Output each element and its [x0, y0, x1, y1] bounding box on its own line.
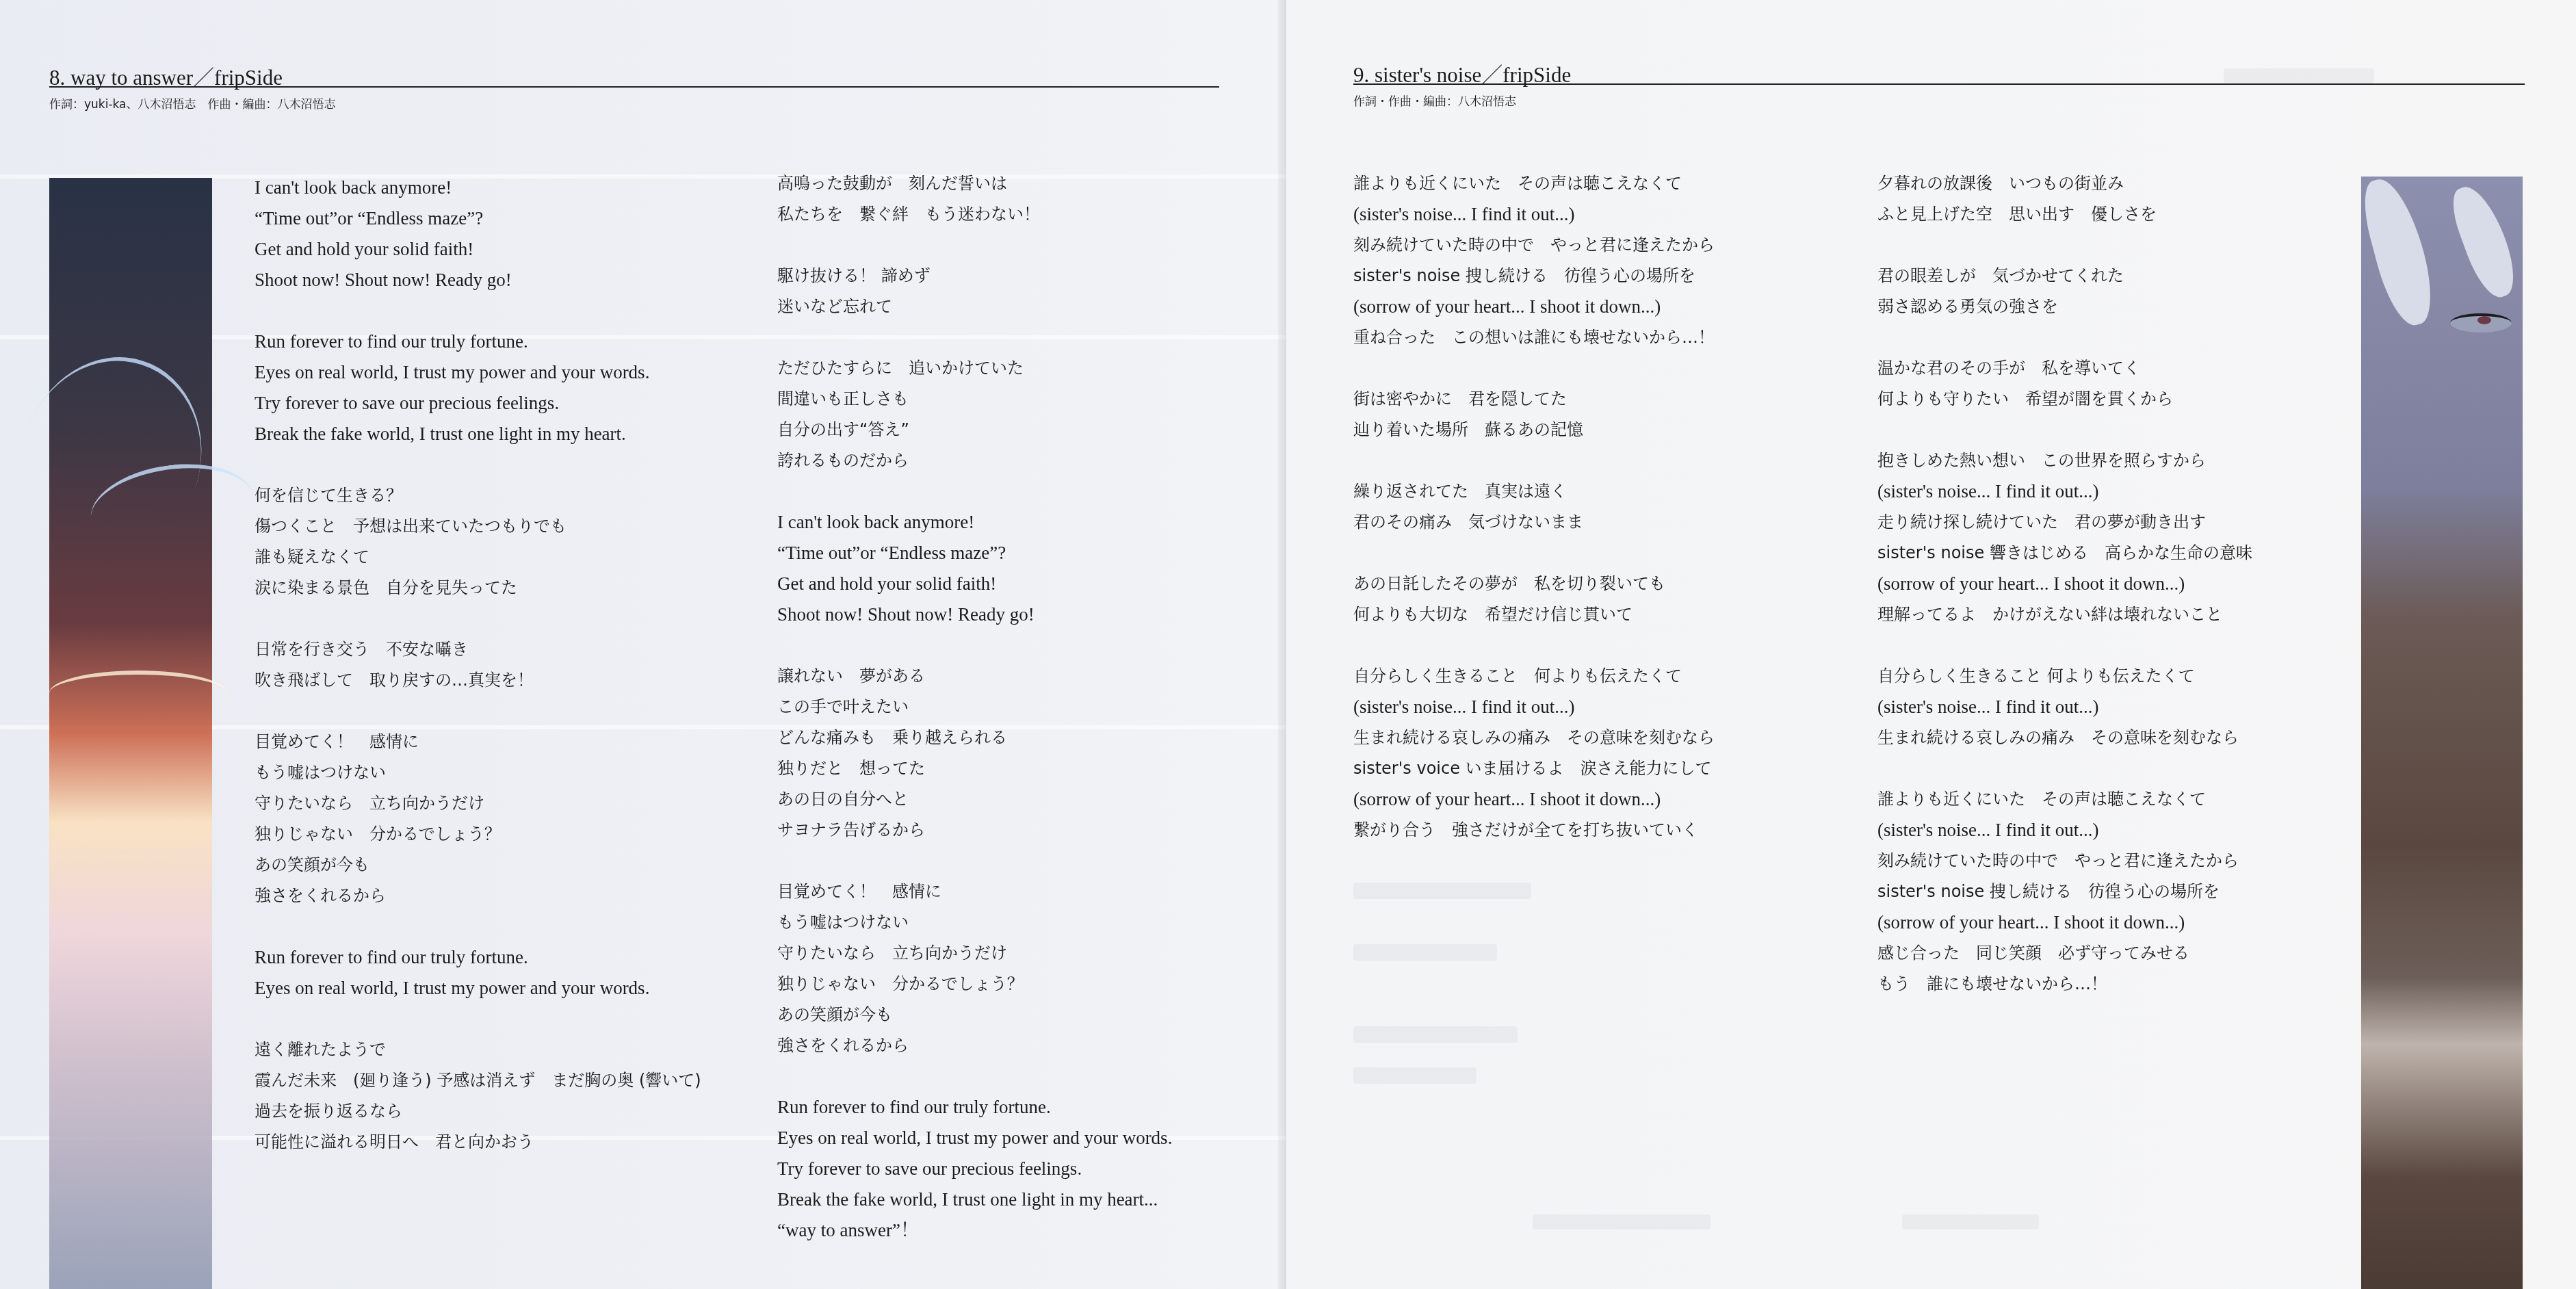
lyric-line: 迷いなど忘れて [777, 291, 1172, 322]
lyric-stanza: Run forever to find our truly fortune.Ey… [777, 1092, 1172, 1246]
lyric-line: (sister's noise... I find it out...) [1353, 199, 1715, 230]
song-title: 9. sister's noise／fripSide [1353, 63, 2525, 88]
anime-artwork-left [49, 178, 212, 1289]
lyric-line: Run forever to find our truly fortune. [255, 942, 701, 973]
lyric-line: 抱きしめた熱い想い この世界を照らすから [1877, 445, 2252, 476]
lyric-line: 高鳴った鼓動が 刻んだ誓いは [777, 168, 1172, 199]
lyric-line: どんな痛みも 乗り越えられる [777, 722, 1172, 753]
lyric-line: Break the fake world, I trust one light … [777, 1184, 1172, 1215]
lyric-line: 駆け抜ける！ 諦めず [777, 261, 1172, 291]
lyric-line: 君のその痛み 気づけないまま [1353, 507, 1715, 538]
lyric-line: 君の眼差しが 気づかせてくれた [1877, 261, 2252, 291]
lyrics-column-2: 高鳴った鼓動が 刻んだ誓いは私たちを 繋ぐ絆 もう迷わない！駆け抜ける！ 諦めず… [777, 168, 1172, 1277]
artwork-hair-highlight [2356, 173, 2442, 331]
lyric-line: 可能性に溢れる明日へ 君と向かおう [255, 1127, 701, 1158]
lyric-line: 誰も疑えなくて [255, 542, 701, 573]
lyric-line: (sister's noise... I find it out...) [1877, 692, 2252, 722]
lyric-line: 生まれ続ける哀しみの痛み その意味を刻むなら [1353, 722, 1715, 753]
lyric-line: 誰よりも近くにいた その声は聴こえなくて [1877, 784, 2252, 815]
artwork-hair-highlight [2445, 180, 2524, 303]
lyric-line: 守りたいなら 立ち向かうだけ [255, 788, 701, 819]
lyric-line: 自分らしく生きること 何よりも伝えたくて [1877, 661, 2252, 692]
lyric-line: (sorrow of your heart... I shoot it down… [1353, 291, 1715, 322]
lyric-line: 弱さ認める勇気の強さを [1877, 291, 2252, 322]
lyric-line: 街は密やかに 君を隠してた [1353, 384, 1715, 415]
lyric-line: (sister's noise... I find it out...) [1353, 692, 1715, 722]
lyric-stanza: 何を信じて生きる？傷つくこと 予想は出来ていたつもりでも誰も疑えなくて涙に染まる… [255, 480, 701, 603]
show-through-text [1353, 883, 1531, 899]
lyric-line: Get and hold your solid faith! [255, 234, 701, 265]
lyric-line: 傷つくこと 予想は出来ていたつもりでも [255, 511, 701, 542]
lyric-line: 目覚めてく！ 感情に [255, 727, 701, 757]
lyric-line: (sister's noise... I find it out...) [1877, 476, 2252, 507]
lyric-stanza: I can't look back anymore!“Time out”or “… [255, 172, 701, 296]
lyric-stanza: 抱きしめた熱い想い この世界を照らすから(sister's noise... I… [1877, 445, 2252, 630]
lyric-line: もう嘘はつけない [255, 757, 701, 788]
lyric-line: 辿り着いた場所 蘇るあの記憶 [1353, 415, 1715, 445]
show-through-text [1902, 1214, 2039, 1229]
show-through-text [1353, 944, 1497, 961]
light-streak [49, 670, 227, 716]
lyric-line: 霞んだ未来 (廻り逢う) 予感は消えず まだ胸の奥 (響いて) [255, 1065, 701, 1096]
lyric-line: 涙に染まる景色 自分を見失ってた [255, 573, 701, 603]
lyric-line: “Time out”or “Endless maze”? [255, 203, 701, 234]
lyric-stanza: 繰り返されてた 真実は遠く君のその痛み 気づけないまま [1353, 476, 1715, 538]
lyric-line: もう 誰にも壊せないから…！ [1877, 969, 2252, 1000]
lyric-line: Shoot now! Shout now! Ready go! [255, 265, 701, 296]
lyric-line: sister's noise 捜し続ける 彷徨う心の場所を [1353, 261, 1715, 291]
lyric-line: Shoot now! Shout now! Ready go! [777, 599, 1172, 630]
lyric-stanza: 目覚めてく！ 感情にもう嘘はつけない守りたいなら 立ち向かうだけ独りじゃない 分… [777, 876, 1172, 1061]
song-header-8: 8. way to answer／fripSide 作詞：yuki-ka、八木沼… [49, 66, 1219, 112]
lyric-line: あの日の自分へと [777, 784, 1172, 815]
lyric-line: あの笑顔が今も [255, 850, 701, 881]
lyric-line: 誰よりも近くにいた その声は聴こえなくて [1353, 168, 1715, 199]
lyric-line: 感じ合った 同じ笑顔 必ず守ってみせる [1877, 938, 2252, 969]
lyric-line: Try forever to save our precious feeling… [777, 1154, 1172, 1184]
lyric-line: sister's noise 響きはじめる 高らかな生命の意味 [1877, 538, 2252, 569]
lyric-line: Get and hold your solid faith! [777, 569, 1172, 599]
lyric-line: sister's noise 捜し続ける 彷徨う心の場所を [1877, 876, 2252, 907]
lyric-line: sister's voice いま届けるよ 涙さえ能力にして [1353, 753, 1715, 784]
lyric-line: Break the fake world, I trust one light … [255, 419, 701, 450]
lyric-line: 吹き飛ばして 取り戻すの…真実を！ [255, 665, 701, 696]
lyric-line: 理解ってるよ かけがえない絆は壊れないこと [1877, 599, 2252, 630]
lyric-line: 夕暮れの放課後 いつもの街並み [1877, 168, 2252, 199]
right-page: 9. sister's noise／fripSide 作詞・作曲・編曲：八木沼悟… [1286, 0, 2576, 1289]
song-title: 8. way to answer／fripSide [49, 66, 1219, 90]
lyric-line: サヨナラ告げるから [777, 815, 1172, 846]
light-streak [0, 333, 228, 587]
lyric-stanza: 君の眼差しが 気づかせてくれた弱さ認める勇気の強さを [1877, 261, 2252, 322]
lyric-line: あの日託したその夢が 私を切り裂いても [1353, 569, 1715, 599]
lyric-line: 重ね合った この想いは誰にも壊せないから…！ [1353, 322, 1715, 353]
lyric-line: この手で叶えたい [777, 692, 1172, 722]
lyrics-column-1: 誰よりも近くにいた その声は聴こえなくて(sister's noise... I… [1353, 168, 1715, 876]
left-page: 8. way to answer／fripSide 作詞：yuki-ka、八木沼… [0, 0, 1286, 1289]
lyric-line: (sorrow of your heart... I shoot it down… [1877, 569, 2252, 599]
lyric-line: 刻み続けていた時の中で やっと君に逢えたから [1353, 230, 1715, 261]
lyric-line: あの笑顔が今も [777, 1000, 1172, 1030]
lyric-stanza: 夕暮れの放課後 いつもの街並みふと見上げた空 思い出す 優しさを [1877, 168, 2252, 230]
song-credits: 作詞：yuki-ka、八木沼悟志 作曲・編曲：八木沼悟志 [49, 94, 1219, 112]
lyric-line: 何よりも大切な 希望だけ信じ貫いて [1353, 599, 1715, 630]
lyric-line: 何を信じて生きる？ [255, 480, 701, 511]
lyric-line: Run forever to find our truly fortune. [255, 326, 701, 357]
lyric-stanza: 街は密やかに 君を隠してた辿り着いた場所 蘇るあの記憶 [1353, 384, 1715, 445]
lyric-line: 誇れるものだから [777, 445, 1172, 476]
lyric-line: 自分らしく生きること 何よりも伝えたくて [1353, 661, 1715, 692]
artwork-iris [2477, 316, 2491, 324]
lyric-line: “way to answer”！ [777, 1215, 1172, 1246]
lyric-stanza: Run forever to find our truly fortune.Ey… [255, 326, 701, 450]
lyric-line: Run forever to find our truly fortune. [777, 1092, 1172, 1123]
lyrics-column-1: I can't look back anymore!“Time out”or “… [255, 172, 701, 1188]
lyric-line: 独りじゃない 分かるでしょう？ [255, 819, 701, 850]
lyric-line: 譲れない 夢がある [777, 661, 1172, 692]
lyric-stanza: 日常を行き交う 不安な囁き吹き飛ばして 取り戻すの…真実を！ [255, 634, 701, 696]
lyric-line: 走り続け探し続けていた 君の夢が動き出す [1877, 507, 2252, 538]
lyric-stanza: 高鳴った鼓動が 刻んだ誓いは私たちを 繋ぐ絆 もう迷わない！ [777, 168, 1172, 230]
lyric-line: (sorrow of your heart... I shoot it down… [1877, 907, 2252, 938]
lyric-line: (sister's noise... I find it out...) [1877, 815, 2252, 846]
lyric-line: 間違いも正しさも [777, 384, 1172, 415]
lyric-line: 繋がり合う 強さだけが全てを打ち抜いていく [1353, 815, 1715, 846]
lyric-stanza: Run forever to find our truly fortune.Ey… [255, 942, 701, 1004]
lyric-stanza: 目覚めてく！ 感情にもう嘘はつけない守りたいなら 立ち向かうだけ独りじゃない 分… [255, 727, 701, 911]
lyric-line: 強さをくれるから [777, 1030, 1172, 1061]
lyric-line: 独りじゃない 分かるでしょう？ [777, 969, 1172, 1000]
lyric-stanza: 自分らしく生きること 何よりも伝えたくて(sister's noise... I… [1353, 661, 1715, 846]
lyric-line: 過去を振り返るなら [255, 1096, 701, 1127]
lyric-stanza: 誰よりも近くにいた その声は聴こえなくて(sister's noise... I… [1877, 784, 2252, 1000]
lyric-line: 日常を行き交う 不安な囁き [255, 634, 701, 665]
lyric-line: “Time out”or “Endless maze”? [777, 538, 1172, 569]
lyric-line: 繰り返されてた 真実は遠く [1353, 476, 1715, 507]
show-through-text [1533, 1214, 1710, 1229]
lyric-line: (sorrow of your heart... I shoot it down… [1353, 784, 1715, 815]
lyric-stanza: 遠く離れたようで霞んだ未来 (廻り逢う) 予感は消えず まだ胸の奥 (響いて)過… [255, 1034, 701, 1158]
lyric-line: ただひたすらに 追いかけていた [777, 353, 1172, 384]
lyric-line: 守りたいなら 立ち向かうだけ [777, 938, 1172, 969]
lyric-line: もう嘘はつけない [777, 907, 1172, 938]
song-header-9: 9. sister's noise／fripSide 作詞・作曲・編曲：八木沼悟… [1353, 63, 2525, 109]
lyric-stanza: 譲れない 夢があるこの手で叶えたいどんな痛みも 乗り越えられる独りだと 想ってた… [777, 661, 1172, 846]
lyric-line: ふと見上げた空 思い出す 優しさを [1877, 199, 2252, 230]
lyric-line: 私たちを 繋ぐ絆 もう迷わない！ [777, 199, 1172, 230]
lyric-line: 自分の出す“答え” [777, 415, 1172, 445]
lyric-line: I can't look back anymore! [255, 172, 701, 203]
lyric-line: Try forever to save our precious feeling… [255, 388, 701, 419]
lyric-line: 目覚めてく！ 感情に [777, 876, 1172, 907]
show-through-text [1353, 1026, 1518, 1043]
lyric-stanza: 誰よりも近くにいた その声は聴こえなくて(sister's noise... I… [1353, 168, 1715, 353]
lyric-line: 何よりも守りたい 希望が闇を貫くから [1877, 384, 2252, 415]
lyric-line: I can't look back anymore! [777, 507, 1172, 538]
lyric-stanza: あの日託したその夢が 私を切り裂いても何よりも大切な 希望だけ信じ貫いて [1353, 569, 1715, 630]
lyric-line: 生まれ続ける哀しみの痛み その意味を刻むなら [1877, 722, 2252, 753]
lyric-line: Eyes on real world, I trust my power and… [255, 357, 701, 388]
lyric-line: 温かな君のその手が 私を導いてく [1877, 353, 2252, 384]
lyric-line: Eyes on real world, I trust my power and… [777, 1123, 1172, 1154]
lyric-line: Eyes on real world, I trust my power and… [255, 973, 701, 1004]
lyric-stanza: 温かな君のその手が 私を導いてく何よりも守りたい 希望が闇を貫くから [1877, 353, 2252, 415]
lyric-stanza: ただひたすらに 追いかけていた間違いも正しさも自分の出す“答え”誇れるものだから [777, 353, 1172, 476]
lyric-line: 刻み続けていた時の中で やっと君に逢えたから [1877, 846, 2252, 876]
lyric-line: 遠く離れたようで [255, 1034, 701, 1065]
lyric-line: 強さをくれるから [255, 881, 701, 911]
anime-artwork-right [2361, 177, 2523, 1289]
song-credits: 作詞・作曲・編曲：八木沼悟志 [1353, 92, 2525, 109]
lyric-stanza: 自分らしく生きること 何よりも伝えたくて(sister's noise... I… [1877, 661, 2252, 753]
lyric-line: 独りだと 想ってた [777, 753, 1172, 784]
lyrics-column-2: 夕暮れの放課後 いつもの街並みふと見上げた空 思い出す 優しさを君の眼差しが 気… [1877, 168, 2252, 1030]
lyric-stanza: 駆け抜ける！ 諦めず迷いなど忘れて [777, 261, 1172, 322]
lyric-stanza: I can't look back anymore!“Time out”or “… [777, 507, 1172, 630]
show-through-text [1353, 1067, 1476, 1084]
